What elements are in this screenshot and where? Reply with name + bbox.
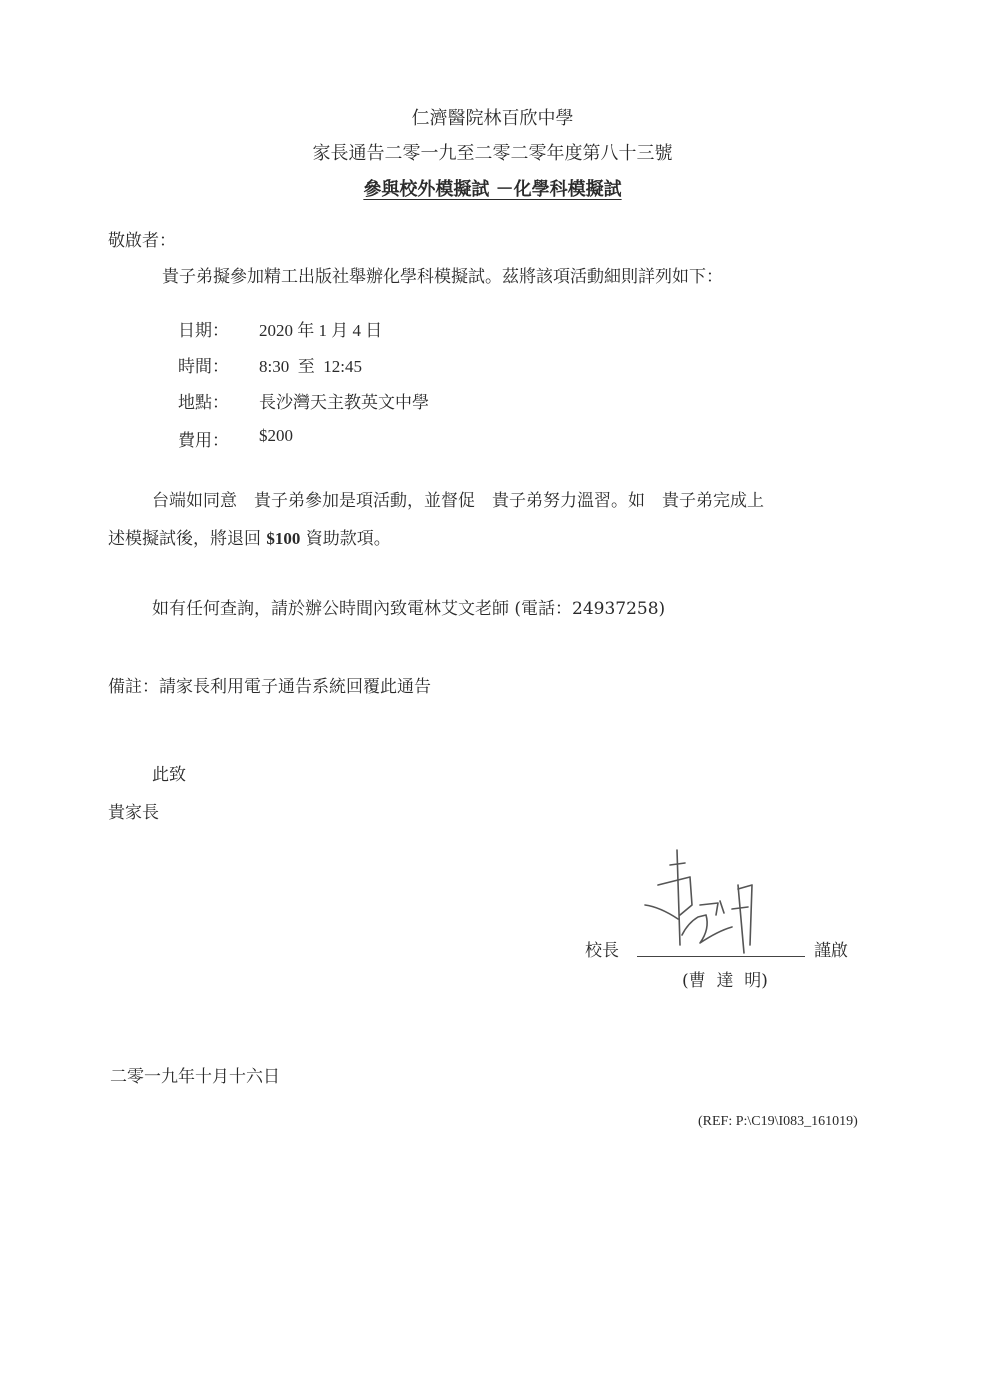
greeting: 敬啟者： <box>108 226 176 251</box>
date-label: 日期： <box>178 316 229 341</box>
refund-amount: $100 <box>266 529 300 548</box>
intro-paragraph: 貴子弟擬參加精工出版社舉辦化學科模擬試。茲將該項活動細則詳列如下： <box>162 262 723 287</box>
school-name: 仁濟醫院林百欣中學 <box>0 104 985 130</box>
date-value: 2020 年 1 月 4 日 <box>259 316 382 341</box>
closing-regards: 此致 <box>152 760 186 785</box>
venue-label: 地點： <box>178 388 229 413</box>
reference-code: (REF: P:\C19\I083_161019) <box>698 1114 858 1130</box>
remark: 備註：請家長利用電子通告系統回覆此通告 <box>108 672 431 697</box>
principal-name: (曹 達 明) <box>682 966 768 991</box>
notice-number: 家長通告二零一九至二零二零年度第八十三號 <box>0 139 985 165</box>
signature-icon <box>640 845 790 960</box>
enquiry-paragraph: 如有任何查詢，請於辦公時間內致電林艾文老師 (電話：24937258) <box>152 594 665 619</box>
consent-line-1: 台端如同意 貴子弟參加是項活動，並督促 貴子弟努力溫習。如 貴子弟完成上 <box>152 486 764 511</box>
notice-title-text: 參與校外模擬試 －化學科模擬試 <box>363 179 621 200</box>
sign-off: 謹啟 <box>814 936 848 961</box>
notice-document: 仁濟醫院林百欣中學 家長通告二零一九至二零二零年度第八十三號 參與校外模擬試 －… <box>0 0 985 1394</box>
notice-title: 參與校外模擬試 －化學科模擬試 <box>0 175 985 201</box>
principal-label: 校長 <box>585 936 619 961</box>
closing-recipient: 貴家長 <box>108 798 159 823</box>
time-label: 時間： <box>178 352 229 377</box>
consent-suffix: 資助款項。 <box>300 529 390 549</box>
time-value: 8:30 至 12:45 <box>259 352 362 377</box>
issue-date: 二零一九年十月十六日 <box>110 1062 280 1087</box>
fee-value: $200 <box>259 426 293 446</box>
consent-line-2: 述模擬試後，將退回 $100 資助款項。 <box>108 524 391 549</box>
consent-prefix: 述模擬試後，將退回 <box>108 529 266 549</box>
fee-label: 費用： <box>178 426 229 451</box>
signature-line <box>637 956 805 957</box>
venue-value: 長沙灣天主教英文中學 <box>259 388 429 413</box>
